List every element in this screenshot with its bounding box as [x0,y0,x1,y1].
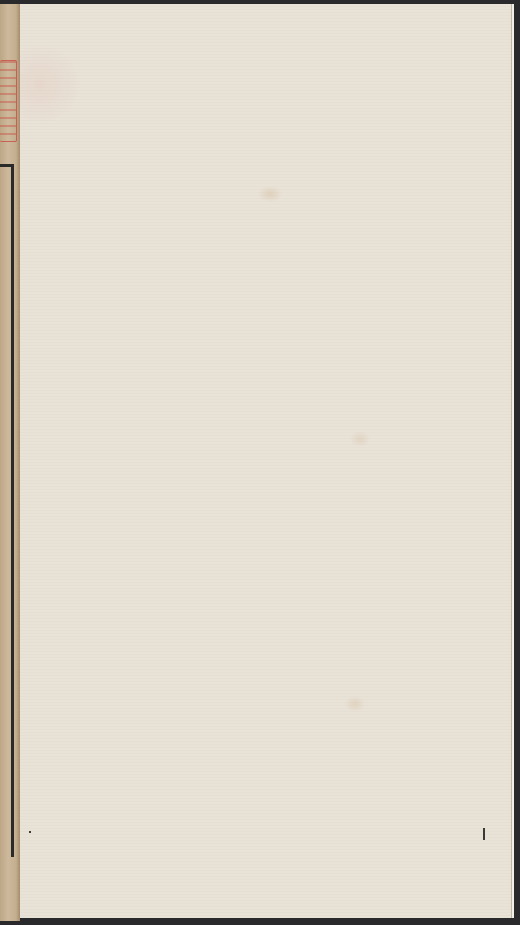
red-seal-stamp [0,60,17,142]
blank-page [20,4,514,918]
page-border-line [0,164,14,857]
adjacent-page-edge [0,4,20,921]
ink-speck [29,831,31,833]
ink-speck [483,828,485,840]
